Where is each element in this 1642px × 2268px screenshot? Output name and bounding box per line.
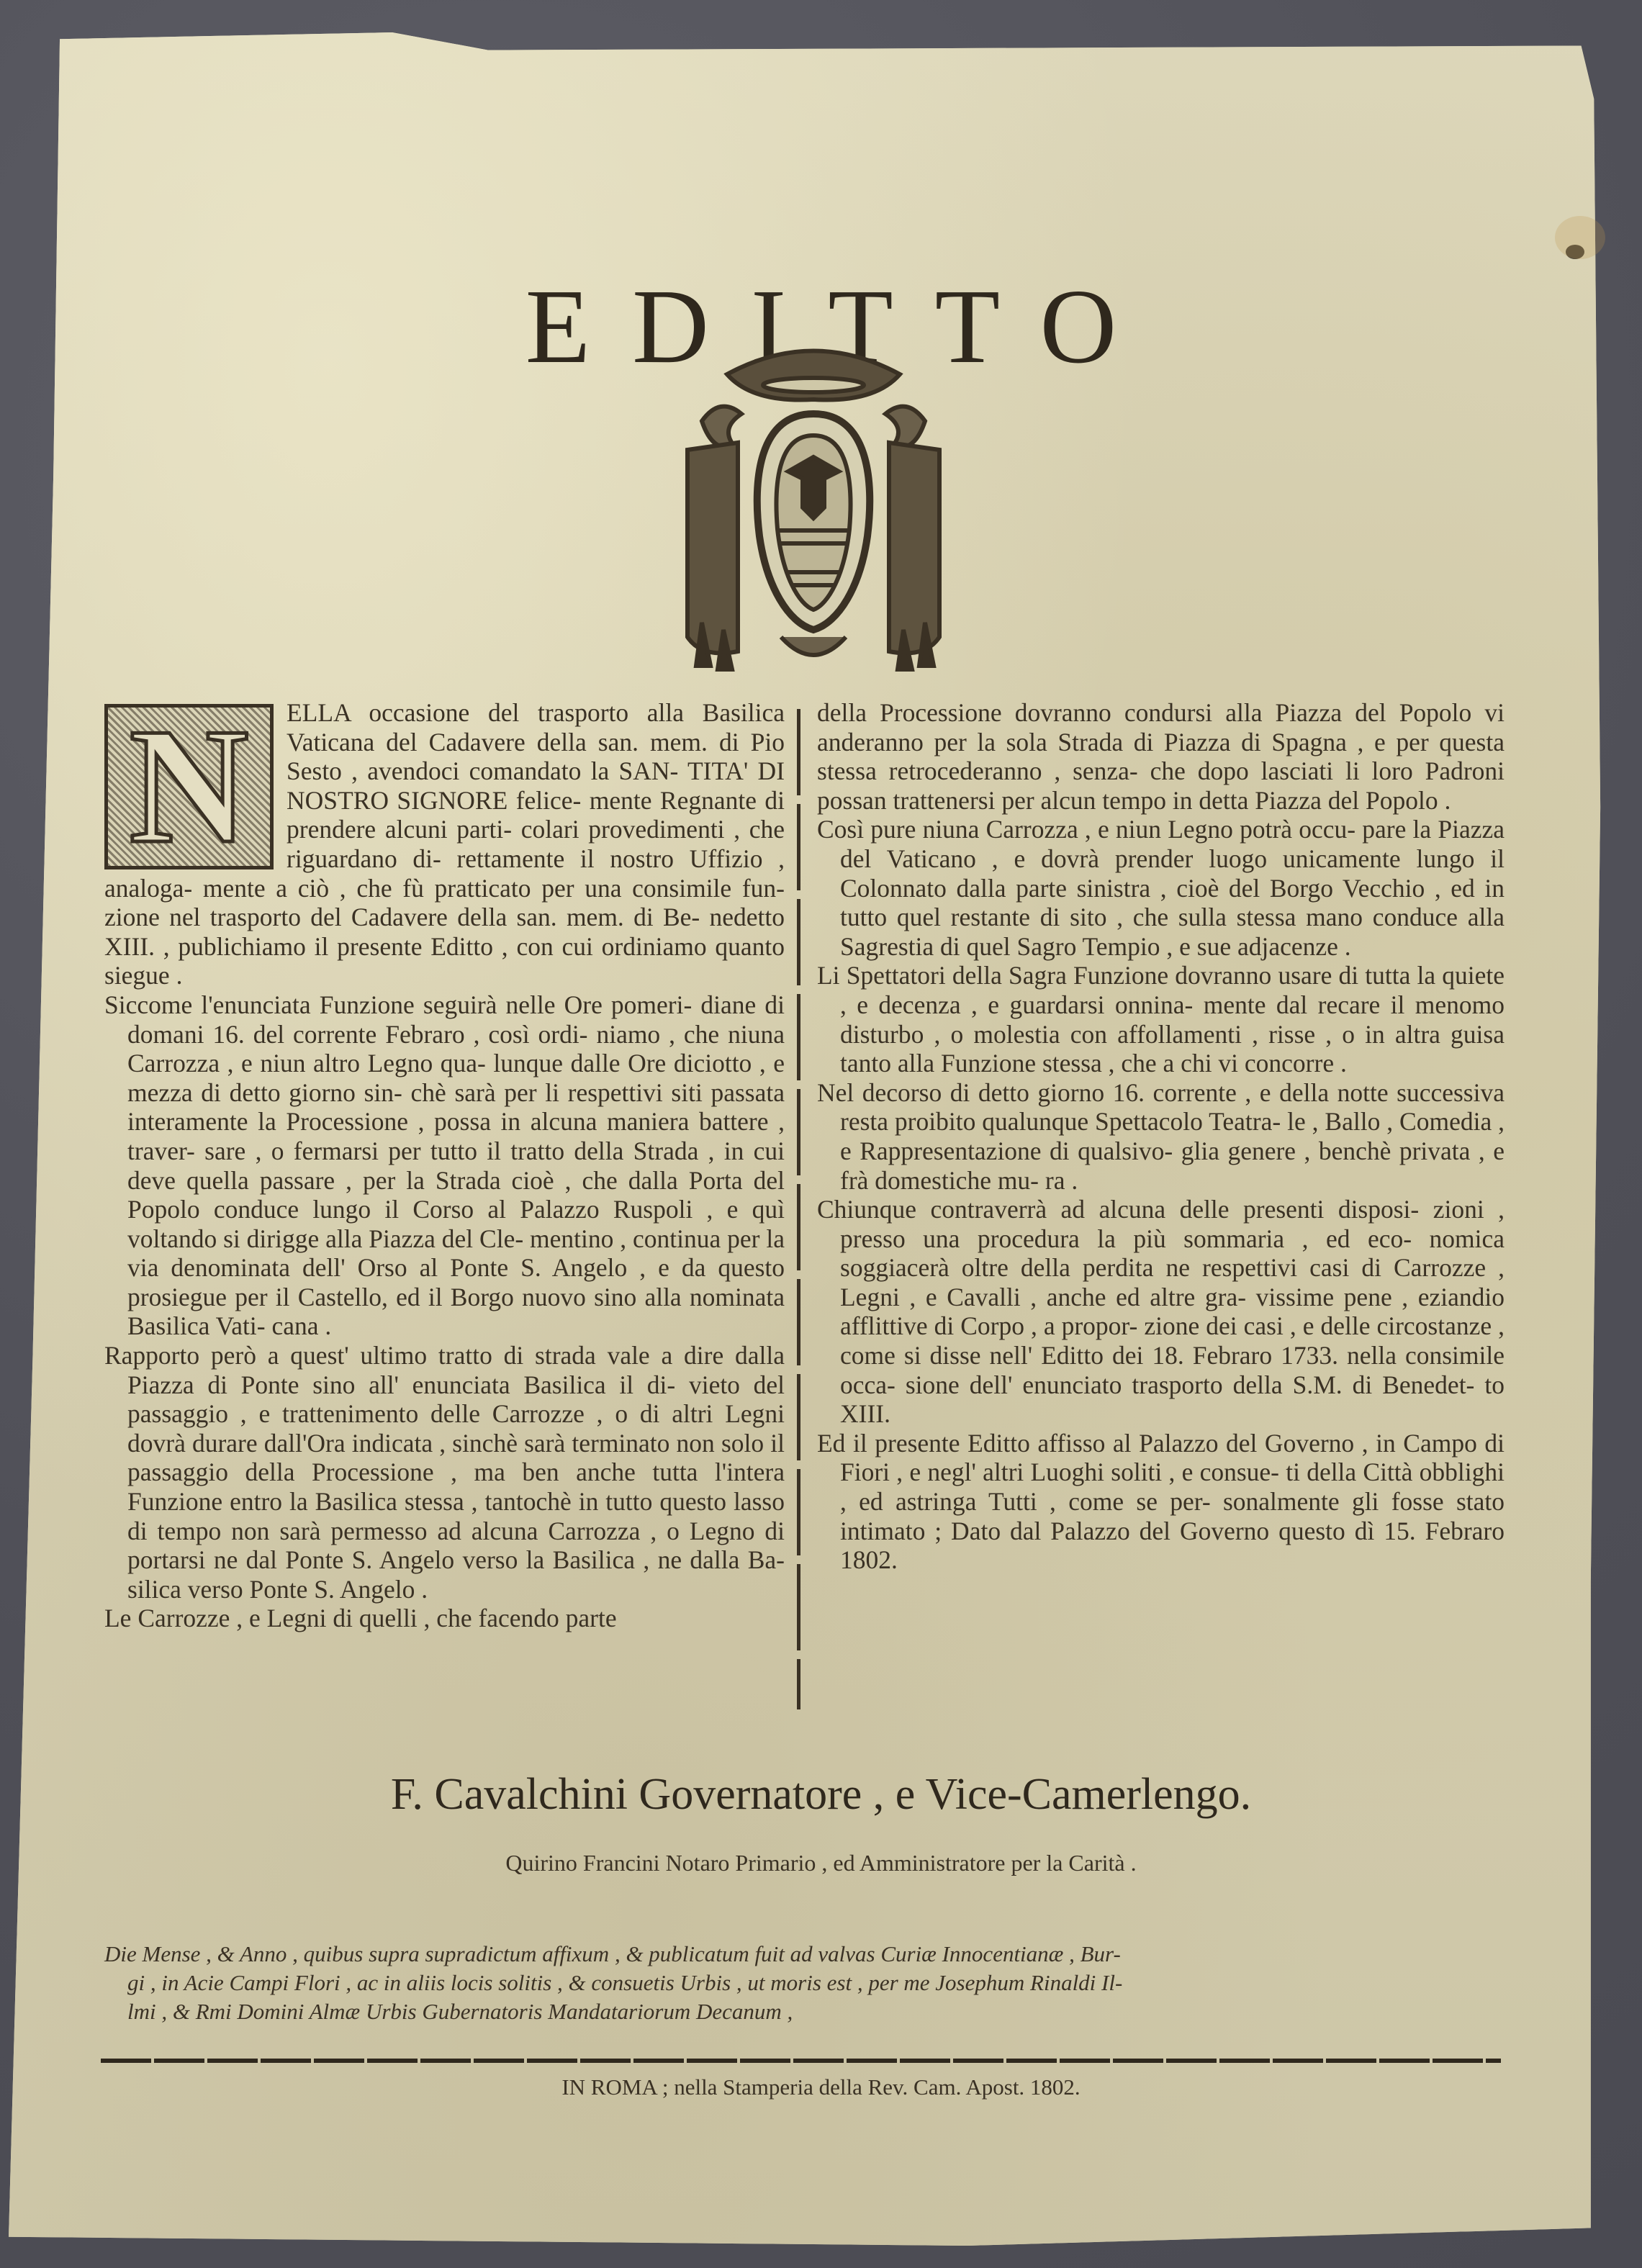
governor-signature: F. Cavalchini Governatore , e Vice-Camer… <box>0 1769 1642 1820</box>
paragraph-procession-route: Siccome l'enunciata Funzione seguirà nel… <box>104 990 785 1341</box>
paragraph-penalties: Chiunque contraverrà ad alcuna delle pre… <box>817 1195 1505 1429</box>
ornamental-drop-cap: N <box>104 704 274 869</box>
paragraph-carriages-continued: della Processione dovranno condursi alla… <box>817 698 1505 815</box>
horizontal-rule <box>101 2059 1501 2063</box>
latin-attestation: Die Mense , & Anno , quibus supra suprad… <box>104 1940 1497 2026</box>
paragraph-spectators: Li Spettatori della Sagra Funzione dovra… <box>817 961 1505 1077</box>
foxing-stain <box>1555 216 1605 259</box>
right-column: della Processione dovranno condursi alla… <box>817 698 1505 1575</box>
paragraph-last-stretch: Rapporto però a quest' ultimo tratto di … <box>104 1341 785 1604</box>
column-divider <box>797 709 800 1709</box>
notary-line: Quirino Francini Notaro Primario , ed Am… <box>0 1850 1642 1876</box>
paragraph-entertainment-ban: Nel decorso di detto giorno 16. corrente… <box>817 1078 1505 1195</box>
left-column: N ELLA occasione del trasporto alla Basi… <box>104 698 785 1633</box>
printer-imprint: IN ROMA ; nella Stamperia della Rev. Cam… <box>0 2074 1642 2100</box>
cardinal-coat-of-arms-icon <box>659 335 968 673</box>
paragraph-vatican-square: Così pure niuna Carrozza , e niun Legno … <box>817 815 1505 961</box>
paragraph-carriages: Le Carrozze , e Legni di quelli , che fa… <box>104 1604 785 1633</box>
paragraph-publication: Ed il presente Editto affisso al Palazzo… <box>817 1429 1505 1575</box>
